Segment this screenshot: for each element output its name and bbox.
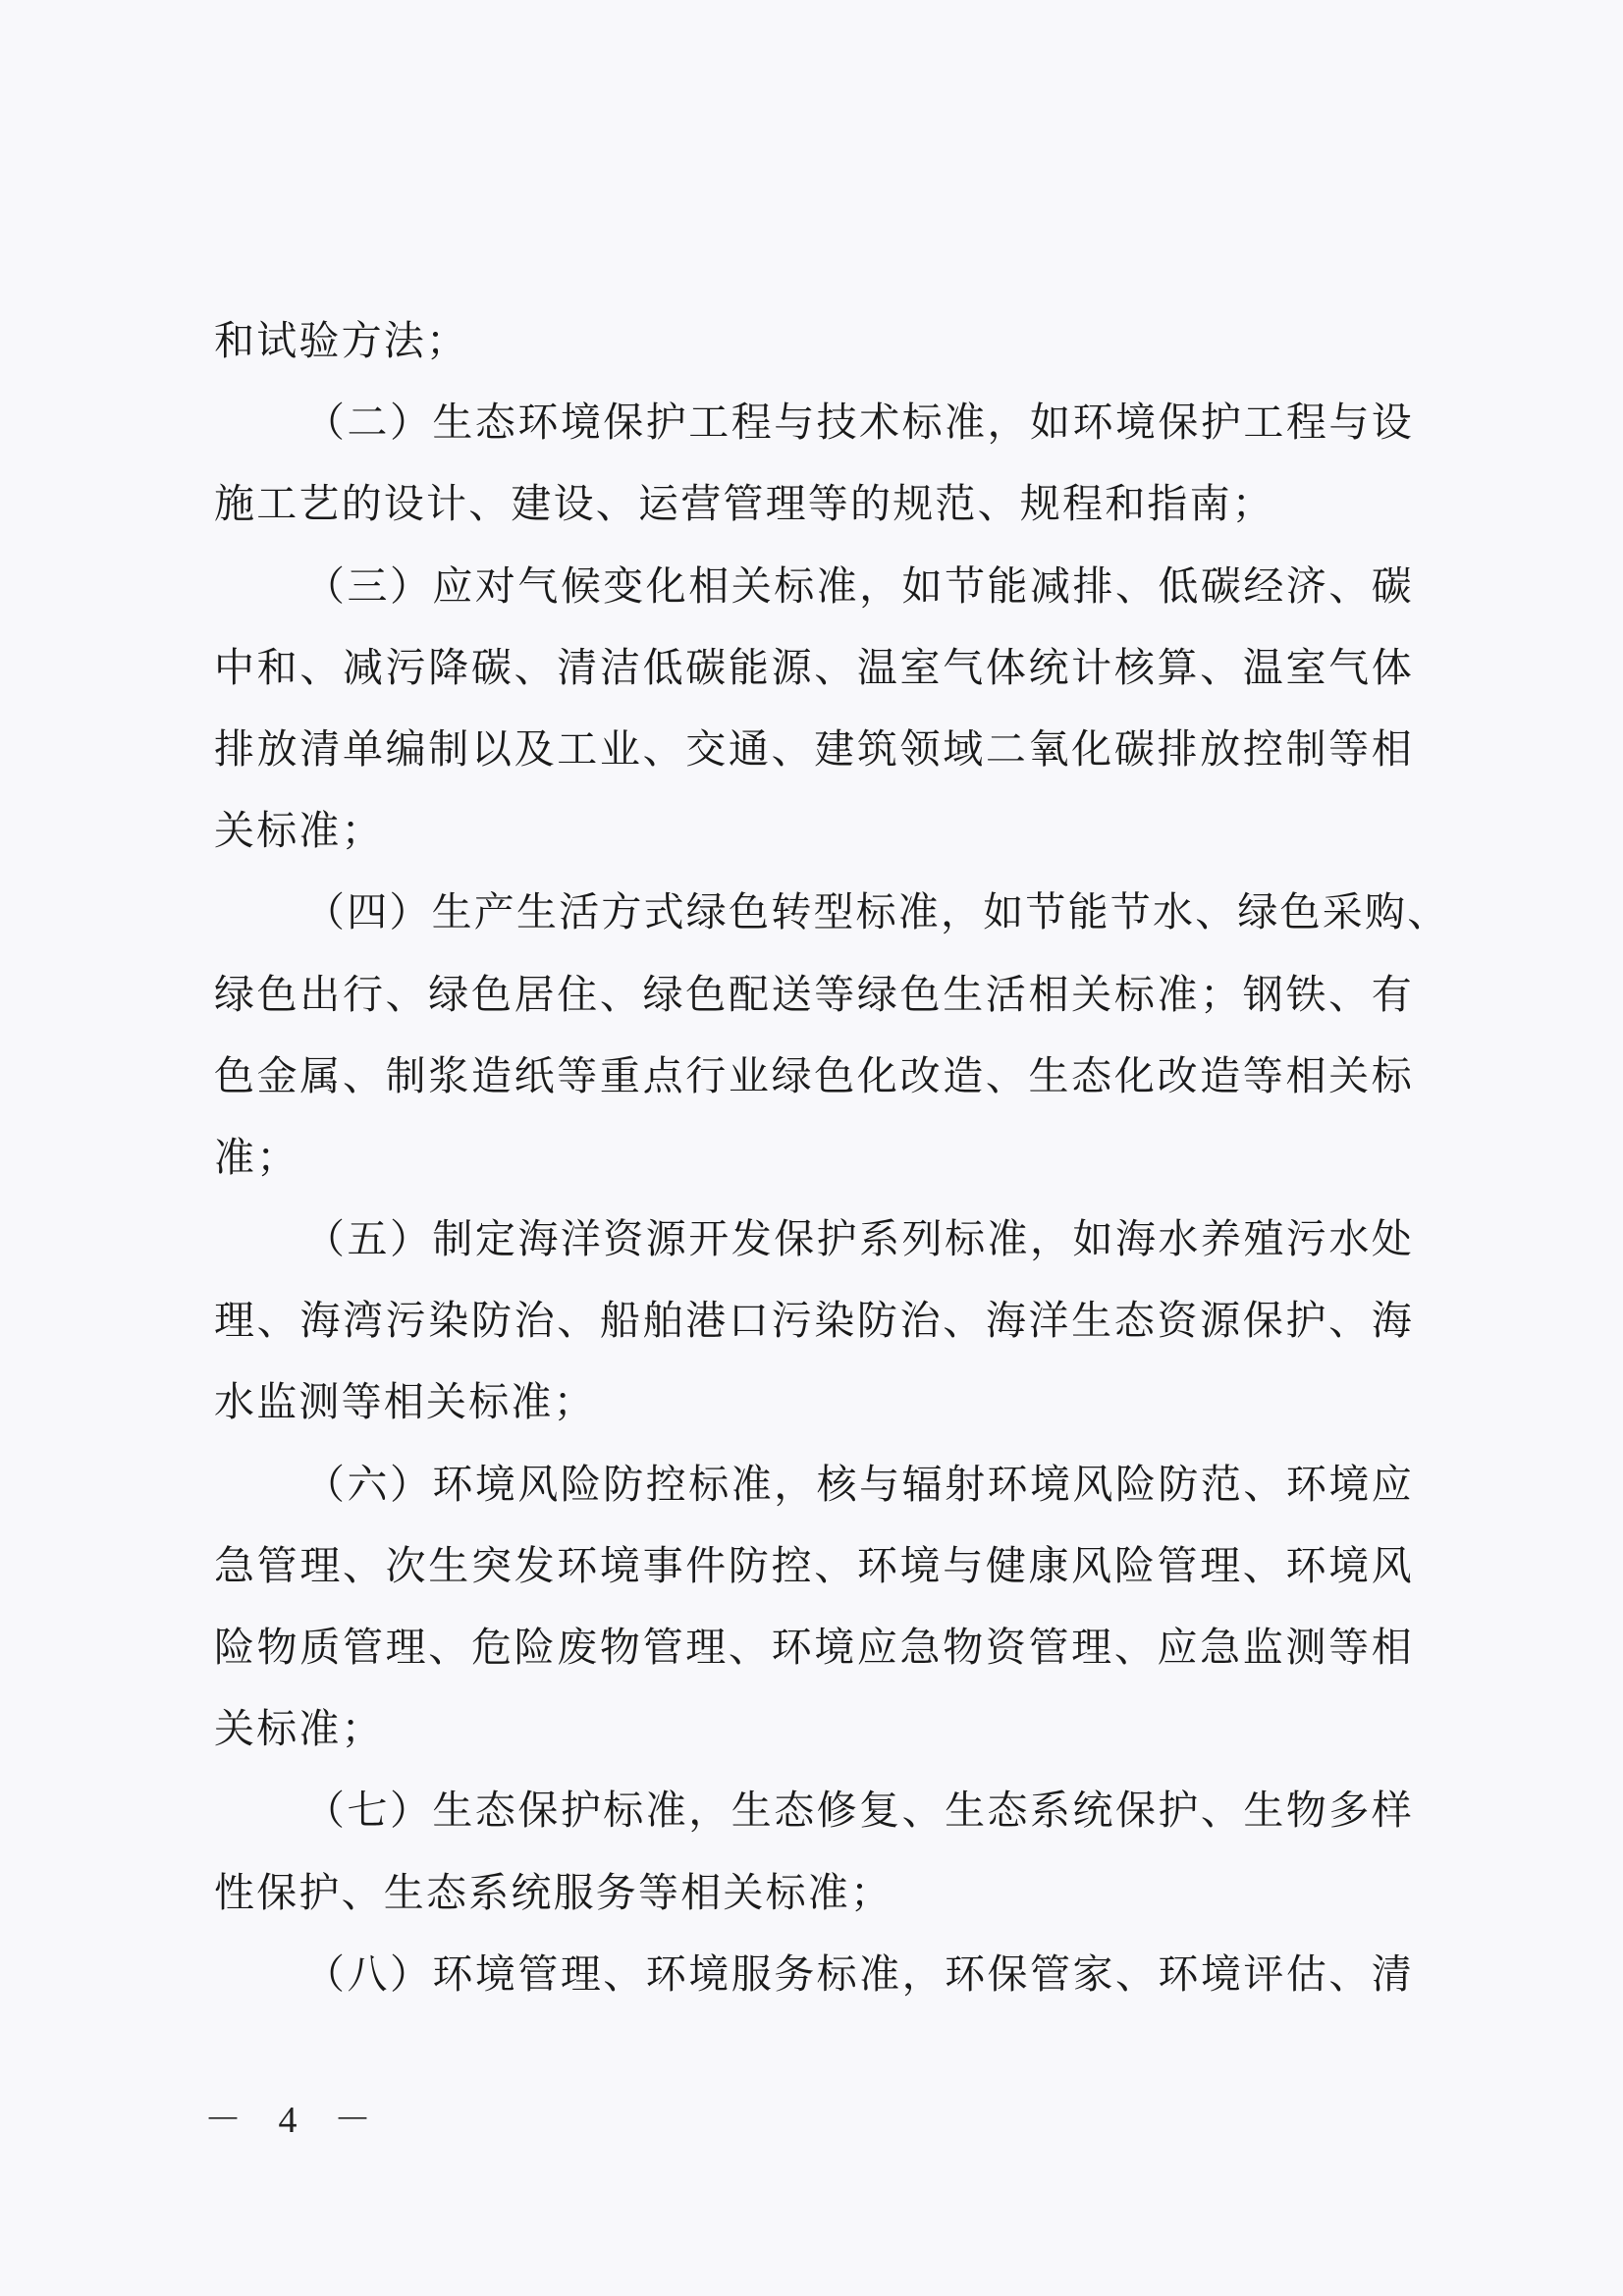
- text-line: 险物质管理、危险废物管理、环境应急物资管理、应急监测等相: [214, 1607, 1414, 1688]
- text-line: （三）应对气候变化相关标准，如节能减排、低碳经济、碳: [214, 546, 1414, 627]
- text-line: 和试验方法；: [214, 300, 1414, 382]
- text-line: 绿色出行、绿色居住、绿色配送等绿色生活相关标准；钢铁、有: [214, 954, 1414, 1036]
- text-line: （六）环境风险防控标准，核与辐射环境风险防范、环境应: [214, 1444, 1414, 1525]
- text-line: 关标准；: [214, 790, 1414, 872]
- text-line: （七）生态保护标准，生态修复、生态系统保护、生物多样: [214, 1770, 1414, 1851]
- text-line: （二）生态环境保护工程与技术标准，如环境保护工程与设: [214, 382, 1414, 463]
- text-line: 准；: [214, 1117, 1414, 1199]
- text-line: 排放清单编制以及工业、交通、建筑领域二氧化碳排放控制等相: [214, 709, 1414, 790]
- text-line: （四）生产生活方式绿色转型标准，如节能节水、绿色采购、: [214, 872, 1414, 953]
- text-line: 关标准；: [214, 1688, 1414, 1770]
- text-line: 施工艺的设计、建设、运营管理等的规范、规程和指南；: [214, 463, 1414, 545]
- document-body: 和试验方法； （二）生态环境保护工程与技术标准，如环境保护工程与设 施工艺的设计…: [214, 300, 1414, 2015]
- text-line: 色金属、制浆造纸等重点行业绿色化改造、生态化改造等相关标: [214, 1036, 1414, 1117]
- text-line: 急管理、次生突发环境事件防控、环境与健康风险管理、环境风: [214, 1525, 1414, 1607]
- page-number: － 4 －: [204, 2089, 385, 2143]
- text-line: （八）环境管理、环境服务标准，环保管家、环境评估、清: [214, 1934, 1414, 2015]
- text-line: 水监测等相关标准；: [214, 1362, 1414, 1443]
- text-line: （五）制定海洋资源开发保护系列标准，如海水养殖污水处: [214, 1199, 1414, 1280]
- text-line: 理、海湾污染防治、船舶港口污染防治、海洋生态资源保护、海: [214, 1280, 1414, 1362]
- text-line: 性保护、生态系统服务等相关标准；: [214, 1852, 1414, 1934]
- text-line: 中和、减污降碳、清洁低碳能源、温室气体统计核算、温室气体: [214, 627, 1414, 709]
- document-page: 和试验方法； （二）生态环境保护工程与技术标准，如环境保护工程与设 施工艺的设计…: [0, 0, 1623, 2296]
